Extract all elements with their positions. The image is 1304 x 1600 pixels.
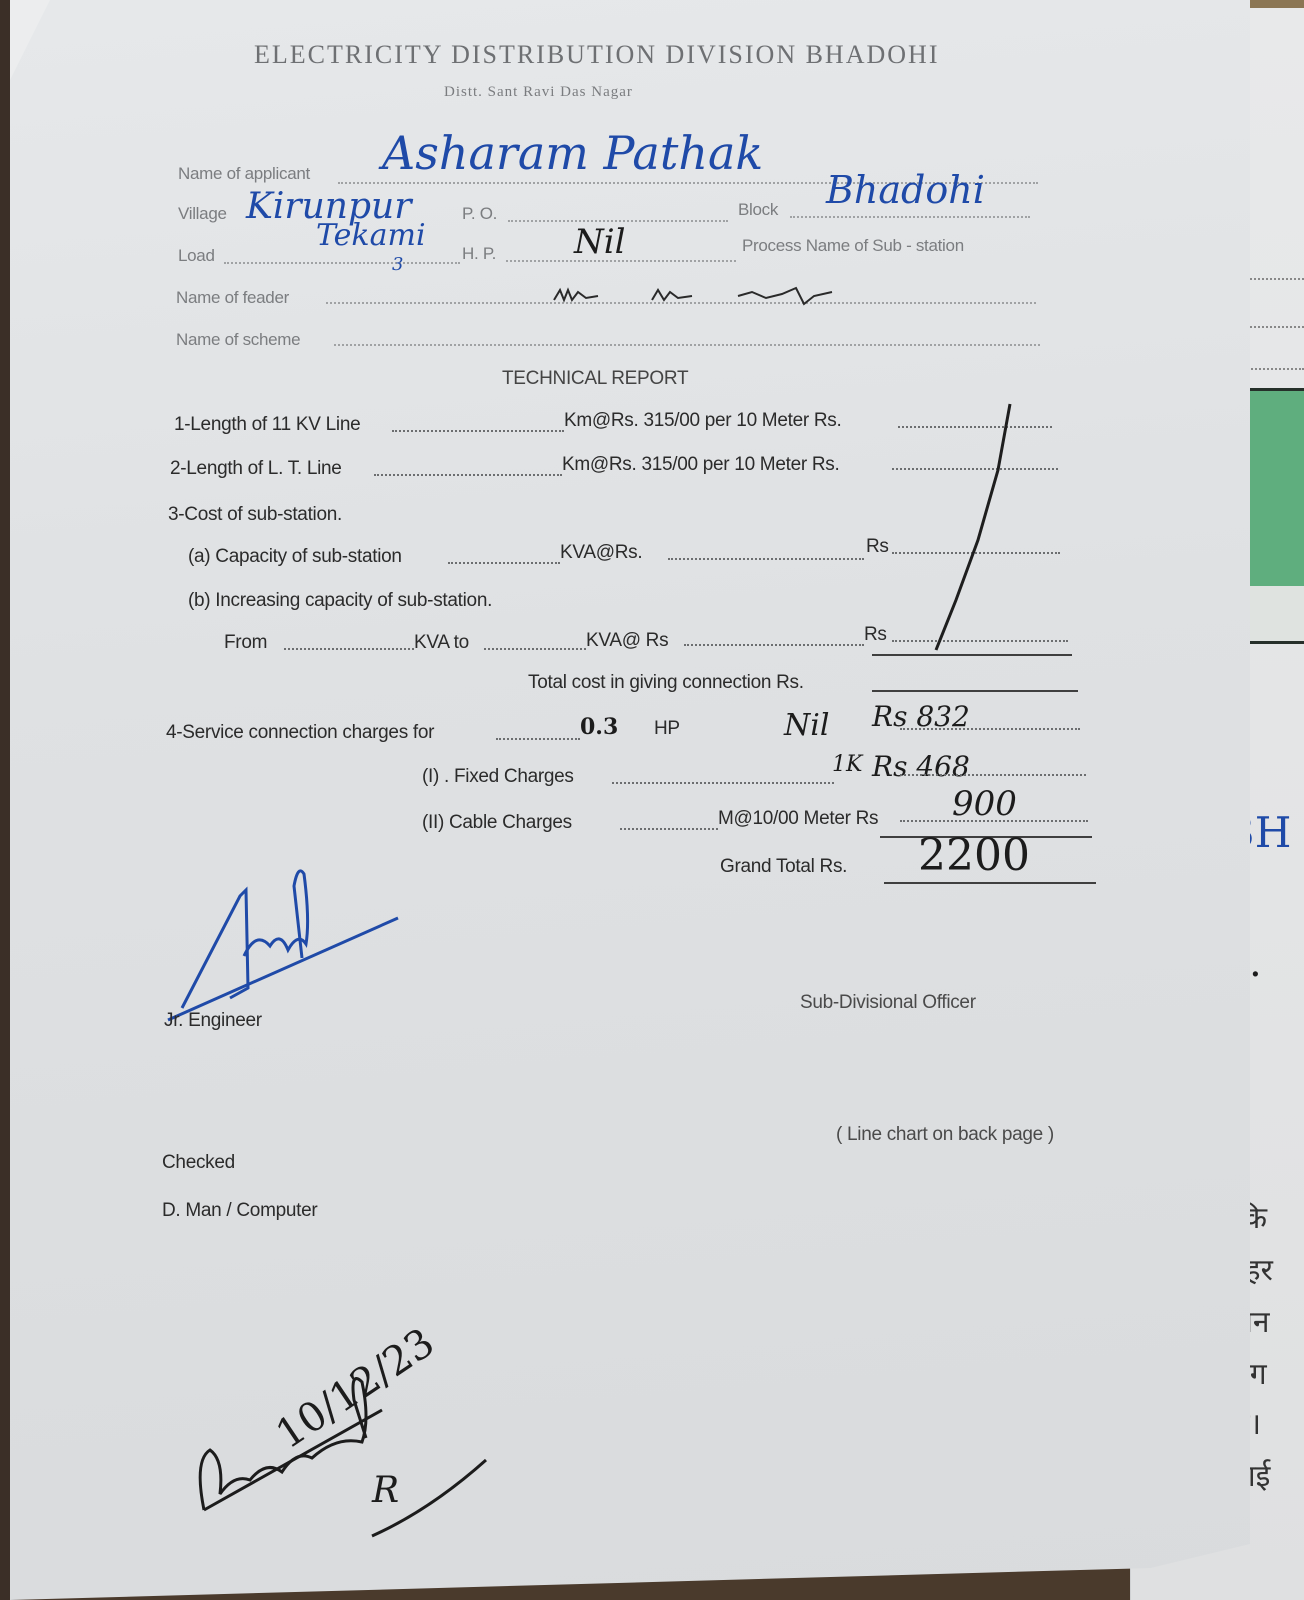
- feeder-scribble: [552, 282, 842, 312]
- capacity-a-rate-label: KVA@Rs.: [560, 542, 642, 564]
- load-sub-value: 3: [392, 254, 403, 275]
- substation-cost-label: 3-Cost of sub-station.: [168, 504, 342, 526]
- line-chart-note: ( Line chart on back page ): [836, 1124, 1054, 1146]
- hp-label: H. P.: [462, 244, 496, 264]
- service-charges-label: 4-Service connection charges for: [166, 722, 434, 744]
- service-charges-field: [900, 728, 1080, 730]
- service-hp-field: [496, 738, 580, 740]
- lt-line-rate: Km@Rs. 315/00 per 10 Meter Rs.: [562, 454, 839, 476]
- cable-charges-field: [900, 820, 1088, 822]
- to-kva-field: [484, 648, 586, 650]
- capacity-a-rate-field: [668, 558, 864, 560]
- from-kva-field: [284, 648, 414, 650]
- capacity-a-kva-field: [448, 562, 560, 564]
- block-label: Block: [738, 200, 778, 220]
- cable-charges-value: 900: [952, 784, 1017, 824]
- capacity-a-label: (a) Capacity of sub-station: [188, 546, 402, 568]
- total-cost-label: Total cost in giving connection Rs.: [528, 672, 804, 694]
- po-label: P. O.: [462, 204, 497, 224]
- scheme-field: [334, 344, 1040, 346]
- form-header-title: ELECTRICITY DISTRIBUTION DIVISION BHADOH…: [254, 40, 939, 70]
- total-cost-field: [872, 690, 1078, 692]
- scheme-label: Name of scheme: [176, 330, 300, 350]
- jr-engineer-label: Jr. Engineer: [164, 1010, 262, 1032]
- line-11kv-rate: Km@Rs. 315/00 per 10 Meter Rs.: [564, 410, 841, 432]
- line-11kv-label: 1-Length of 11 KV Line: [174, 414, 360, 436]
- lt-line-label: 2-Length of L. T. Line: [170, 458, 342, 480]
- capacity-b-rs-label: Rs: [864, 624, 887, 646]
- kva-rate-label: KVA@ Rs: [586, 630, 668, 652]
- sdo-label: Sub-Divisional Officer: [800, 992, 976, 1014]
- strike-through-mark: [920, 400, 1020, 660]
- grand-total-value: 2200: [918, 830, 1030, 881]
- grand-total-rule-bottom: [884, 882, 1096, 884]
- checked-label: Checked: [162, 1152, 235, 1174]
- fixed-charges-field: [900, 774, 1086, 776]
- hp-value: Nil: [574, 222, 626, 262]
- load-field: [224, 262, 460, 264]
- fixed-charges-label: (I) . Fixed Charges: [422, 766, 574, 788]
- jr-engineer-signature: [160, 860, 410, 1030]
- village-label: Village: [178, 204, 227, 224]
- cable-length-field: [620, 828, 718, 830]
- report-title: TECHNICAL REPORT: [502, 368, 688, 390]
- service-note: Nil: [784, 708, 829, 743]
- load-value: Tekami: [316, 218, 426, 253]
- process-label: Process Name of Sub - station: [742, 236, 964, 256]
- fixed-charges-dots: [612, 782, 834, 784]
- fixed-charges-value: Rs 468: [872, 750, 970, 783]
- cable-charges-rate: M@10/00 Meter Rs: [718, 808, 878, 830]
- block-field: [790, 216, 1030, 218]
- service-hp-value: 0.3: [580, 714, 618, 740]
- applicant-value: Asharam Pathak: [382, 126, 763, 180]
- fixed-note: 1K: [832, 752, 862, 777]
- grand-total-label: Grand Total Rs.: [720, 856, 847, 878]
- cable-charges-label: (II) Cable Charges: [422, 812, 572, 834]
- from-label: From: [224, 632, 267, 654]
- lt-line-length-field: [374, 474, 562, 476]
- kva-to-label: KVA to: [414, 632, 469, 654]
- feeder-label: Name of feader: [176, 288, 289, 308]
- line-11kv-length-field: [392, 430, 564, 432]
- capacity-b-label: (b) Increasing capacity of sub-station.: [188, 590, 492, 612]
- kva-rate-field: [684, 644, 864, 646]
- form-header-subtitle: Distt. Sant Ravi Das Nagar: [444, 84, 633, 101]
- applicant-label: Name of applicant: [178, 164, 310, 184]
- block-value: Bhadohi: [826, 168, 985, 212]
- draftsman-label: D. Man / Computer: [162, 1200, 317, 1222]
- capacity-a-rs-label: Rs: [866, 536, 889, 558]
- load-label: Load: [178, 246, 215, 266]
- date-initial: R: [372, 1470, 399, 1511]
- service-hp-unit: HP: [654, 718, 680, 740]
